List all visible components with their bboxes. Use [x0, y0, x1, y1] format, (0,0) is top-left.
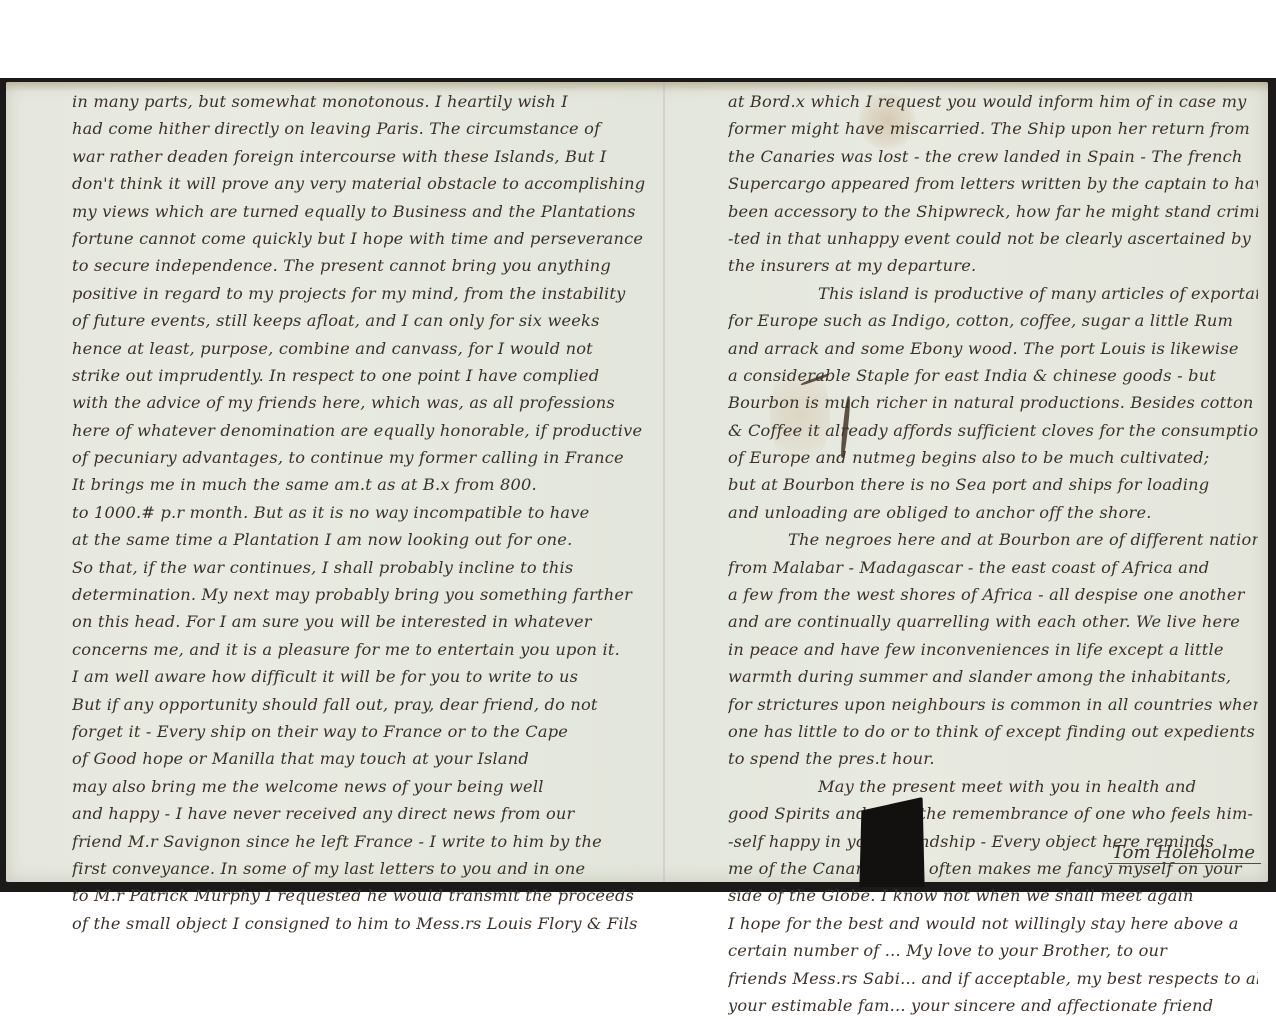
text-line: to M.r Patrick Murphy I requested he wou… — [72, 882, 652, 909]
text-line: my views which are turned equally to Bus… — [72, 198, 652, 225]
text-line: side of the Globe. I know not when we sh… — [728, 882, 1258, 909]
text-line: and unloading are obliged to anchor off … — [728, 499, 1258, 526]
text-line: had come hither directly on leaving Pari… — [72, 115, 652, 142]
text-line: on this head. For I am sure you will be … — [72, 608, 652, 635]
text-line: first conveyance. In some of my last let… — [72, 855, 652, 882]
text-line: determination. My next may probably brin… — [72, 581, 652, 608]
text-line: with the advice of my friends here, whic… — [72, 389, 652, 416]
text-line: Bourbon is much richer in natural produc… — [728, 389, 1258, 416]
text-line: to spend the pres.t hour. — [728, 745, 1258, 772]
text-line: to 1000.# p.r month. But as it is no way… — [72, 499, 652, 526]
text-line: concerns me, and it is a pleasure for me… — [72, 636, 652, 663]
center-fold — [663, 82, 665, 882]
text-line: of Europe and nutmeg begins also to be m… — [728, 444, 1258, 471]
text-line: I hope for the best and would not willin… — [728, 910, 1258, 937]
paragraph-start-line: This island is productive of many articl… — [728, 280, 1258, 307]
text-line: a few from the west shores of Africa - a… — [728, 581, 1258, 608]
text-line: to secure independence. The present cann… — [72, 252, 652, 279]
text-line: -ted in that unhappy event could not be … — [728, 225, 1258, 252]
text-line: I am well aware how difficult it will be… — [72, 663, 652, 690]
text-line: positive in regard to my projects for my… — [72, 280, 652, 307]
text-line: But if any opportunity should fall out, … — [72, 691, 652, 718]
text-line: at the same time a Plantation I am now l… — [72, 526, 652, 553]
text-line: here of whatever denomination are equall… — [72, 417, 652, 444]
left-page: in many parts, but somewhat monotonous. … — [72, 88, 652, 937]
text-line: hence at least, purpose, combine and can… — [72, 335, 652, 362]
text-line: and are continually quarrelling with eac… — [728, 608, 1258, 635]
text-line: former might have miscarried. The Ship u… — [728, 115, 1258, 142]
text-line: don't think it will prove any very mater… — [72, 170, 652, 197]
text-line: at Bord.x which I request you would info… — [728, 88, 1258, 115]
text-line: of Good hope or Manilla that may touch a… — [72, 745, 652, 772]
text-line: of future events, still keeps afloat, an… — [72, 307, 652, 334]
paragraph-start-line: May the present meet with you in health … — [728, 773, 1258, 800]
text-line: in many parts, but somewhat monotonous. … — [72, 88, 652, 115]
text-line: of the small object I consigned to him t… — [72, 910, 652, 937]
text-line: for Europe such as Indigo, cotton, coffe… — [728, 307, 1258, 334]
text-line: It brings me in much the same am.t as at… — [72, 471, 652, 498]
text-line: for strictures upon neighbours is common… — [728, 691, 1258, 718]
text-line: war rather deaden foreign intercourse wi… — [72, 143, 652, 170]
paragraph-start-line: The negroes here and at Bourbon are of d… — [728, 526, 1258, 553]
text-line: from Malabar - Madagascar - the east coa… — [728, 554, 1258, 581]
text-line: of pecuniary advantages, to continue my … — [72, 444, 652, 471]
torn-seal-hole — [858, 797, 926, 887]
text-line: warmth during summer and slander among t… — [728, 663, 1258, 690]
text-line: certain number of ... My love to your Br… — [728, 937, 1258, 956]
text-line: forget it - Every ship on their way to F… — [72, 718, 652, 745]
text-line: and arrack and some Ebony wood. The port… — [728, 335, 1258, 362]
text-line: the Canaries was lost - the crew landed … — [728, 143, 1258, 170]
text-line: & Coffee it already affords sufficient c… — [728, 417, 1258, 444]
text-line: one has little to do or to think of exce… — [728, 718, 1258, 745]
text-line: but at Bourbon there is no Sea port and … — [728, 471, 1258, 498]
text-line: So that, if the war continues, I shall p… — [72, 554, 652, 581]
text-line: in peace and have few inconveniences in … — [728, 636, 1258, 663]
text-line: the insurers at my departure. — [728, 252, 1258, 279]
right-page: at Bord.x which I request you would info… — [728, 88, 1258, 956]
text-line: a considerable Staple for east India & c… — [728, 362, 1258, 389]
text-line: strike out imprudently. In respect to on… — [72, 362, 652, 389]
text-line: fortune cannot come quickly but I hope w… — [72, 225, 652, 252]
text-line: Supercargo appeared from letters written… — [728, 170, 1258, 197]
text-line: may also bring me the welcome news of yo… — [72, 773, 652, 800]
text-line: friend M.r Savignon since he left France… — [72, 828, 652, 855]
signature: Tom Holeholme — [1108, 842, 1261, 864]
text-line: good Spirits and recal the remembrance o… — [728, 800, 1258, 827]
text-line: and happy - I have never received any di… — [72, 800, 652, 827]
text-line: been accessory to the Shipwreck, how far… — [728, 198, 1258, 225]
